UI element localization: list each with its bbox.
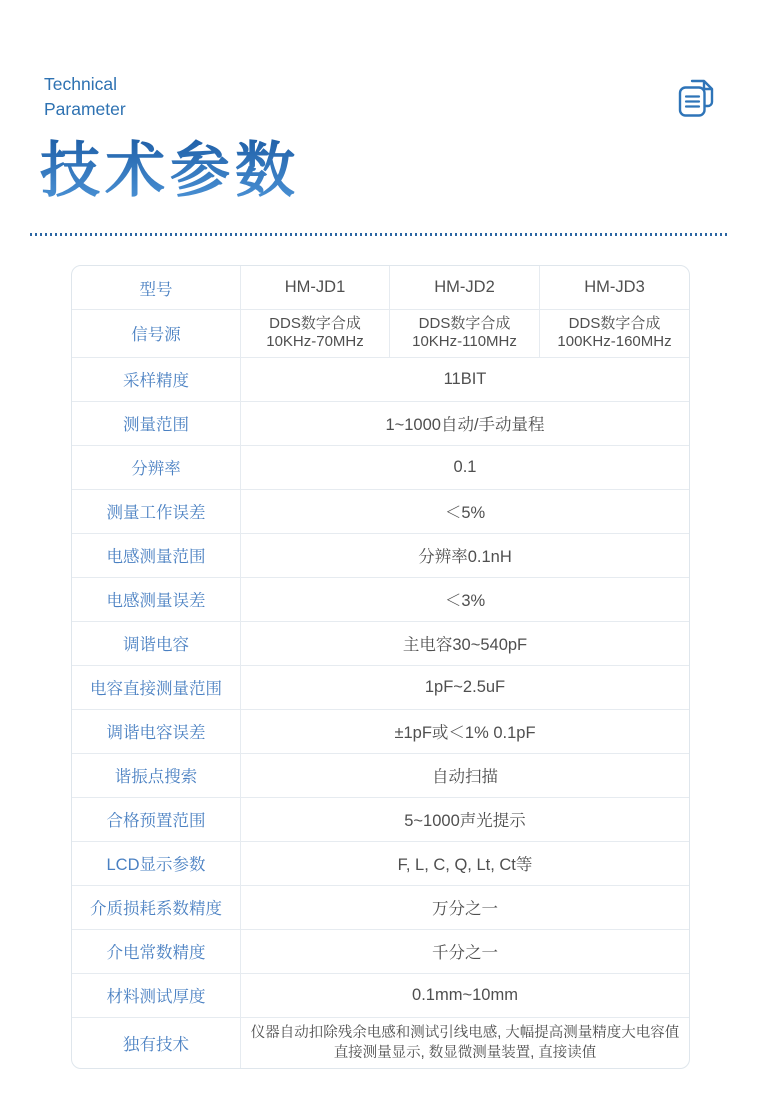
param-value: ＜3%: [240, 578, 689, 621]
param-label: 分辨率: [72, 446, 240, 489]
param-label: 合格预置范围: [72, 798, 240, 841]
table-row: 介电常数精度 千分之一: [72, 929, 689, 973]
param-value: 11BIT: [240, 358, 689, 401]
param-label: 调谐电容: [72, 622, 240, 665]
eyebrow-line-1: Technical: [44, 72, 126, 97]
table-row: 调谐电容 主电容30~540pF: [72, 621, 689, 665]
param-label: 调谐电容误差: [72, 710, 240, 753]
param-label: 独有技术: [72, 1018, 240, 1069]
table-row-signal: 信号源 DDS数字合成 10KHz-70MHz DDS数字合成 10KHz-11…: [72, 309, 689, 357]
param-value: 自动扫描: [240, 754, 689, 797]
param-value: 仪器自动扣除残余电感和测试引线电感, 大幅提高测量精度大电容值直接测量显示, 数…: [240, 1018, 689, 1069]
table-row: 谐振点搜索 自动扫描: [72, 753, 689, 797]
table-row: 分辨率 0.1: [72, 445, 689, 489]
table-row: 材料测试厚度 0.1mm~10mm: [72, 973, 689, 1017]
param-label: 介电常数精度: [72, 930, 240, 973]
param-value: 1pF~2.5uF: [240, 666, 689, 709]
param-value: DDS数字合成 100KHz-160MHz: [539, 310, 689, 357]
spec-sheet-page: Technical Parameter 技术参数 型号 HM-JD1 HM-JD…: [0, 0, 760, 1096]
param-label: 电感测量误差: [72, 578, 240, 621]
param-value: 5~1000声光提示: [240, 798, 689, 841]
table-row-model: 型号 HM-JD1 HM-JD2 HM-JD3: [72, 266, 689, 309]
param-label: 电感测量范围: [72, 534, 240, 577]
param-label: 采样精度: [72, 358, 240, 401]
table-row: 采样精度 11BIT: [72, 357, 689, 401]
table-row: 电容直接测量范围 1pF~2.5uF: [72, 665, 689, 709]
table-row-unique-tech: 独有技术 仪器自动扣除残余电感和测试引线电感, 大幅提高测量精度大电容值直接测量…: [72, 1017, 689, 1069]
value-line: 100KHz-160MHz: [557, 333, 671, 351]
table-row: 调谐电容误差 ±1pF或＜1% 0.1pF: [72, 709, 689, 753]
table-row: 介质损耗系数精度 万分之一: [72, 885, 689, 929]
page-title: 技术参数: [40, 134, 300, 209]
param-value: 0.1mm~10mm: [240, 974, 689, 1017]
header: Technical Parameter: [0, 0, 760, 122]
table-row: 电感测量误差 ＜3%: [72, 577, 689, 621]
param-label: LCD显示参数: [72, 842, 240, 885]
param-value: ＜5%: [240, 490, 689, 533]
param-label: 谐振点搜索: [72, 754, 240, 797]
param-value: F, L, C, Q, Lt, Ct等: [240, 842, 689, 885]
eyebrow-line-2: Parameter: [44, 97, 126, 122]
table-row: LCD显示参数 F, L, C, Q, Lt, Ct等: [72, 841, 689, 885]
param-value: HM-JD3: [539, 266, 689, 309]
param-label: 测量范围: [72, 402, 240, 445]
param-label: 信号源: [72, 310, 240, 357]
value-line: 10KHz-110MHz: [412, 333, 517, 351]
param-value: DDS数字合成 10KHz-70MHz: [240, 310, 389, 357]
value-line: DDS数字合成: [419, 315, 511, 333]
table-row: 测量工作误差 ＜5%: [72, 489, 689, 533]
param-value: 主电容30~540pF: [240, 622, 689, 665]
documents-copy-icon: [672, 74, 720, 122]
param-value: 分辨率0.1nH: [240, 534, 689, 577]
eyebrow-text: Technical Parameter: [44, 72, 126, 122]
table-row: 合格预置范围 5~1000声光提示: [72, 797, 689, 841]
param-value: DDS数字合成 10KHz-110MHz: [389, 310, 539, 357]
table-row: 测量范围 1~1000自动/手动量程: [72, 401, 689, 445]
param-label: 材料测试厚度: [72, 974, 240, 1017]
param-value: 0.1: [240, 446, 689, 489]
spec-table: 型号 HM-JD1 HM-JD2 HM-JD3 信号源 DDS数字合成 10KH…: [71, 265, 690, 1069]
param-value: 1~1000自动/手动量程: [240, 402, 689, 445]
param-value: 千分之一: [240, 930, 689, 973]
param-label: 测量工作误差: [72, 490, 240, 533]
param-value: ±1pF或＜1% 0.1pF: [240, 710, 689, 753]
value-line: DDS数字合成: [269, 315, 361, 333]
value-line: DDS数字合成: [569, 315, 661, 333]
param-value: HM-JD2: [389, 266, 539, 309]
param-label: 型号: [72, 266, 240, 309]
param-label: 电容直接测量范围: [72, 666, 240, 709]
dotted-divider: [30, 233, 730, 236]
param-value: 万分之一: [240, 886, 689, 929]
table-row: 电感测量范围 分辨率0.1nH: [72, 533, 689, 577]
value-line: 10KHz-70MHz: [266, 333, 364, 351]
param-label: 介质损耗系数精度: [72, 886, 240, 929]
param-value: HM-JD1: [240, 266, 389, 309]
